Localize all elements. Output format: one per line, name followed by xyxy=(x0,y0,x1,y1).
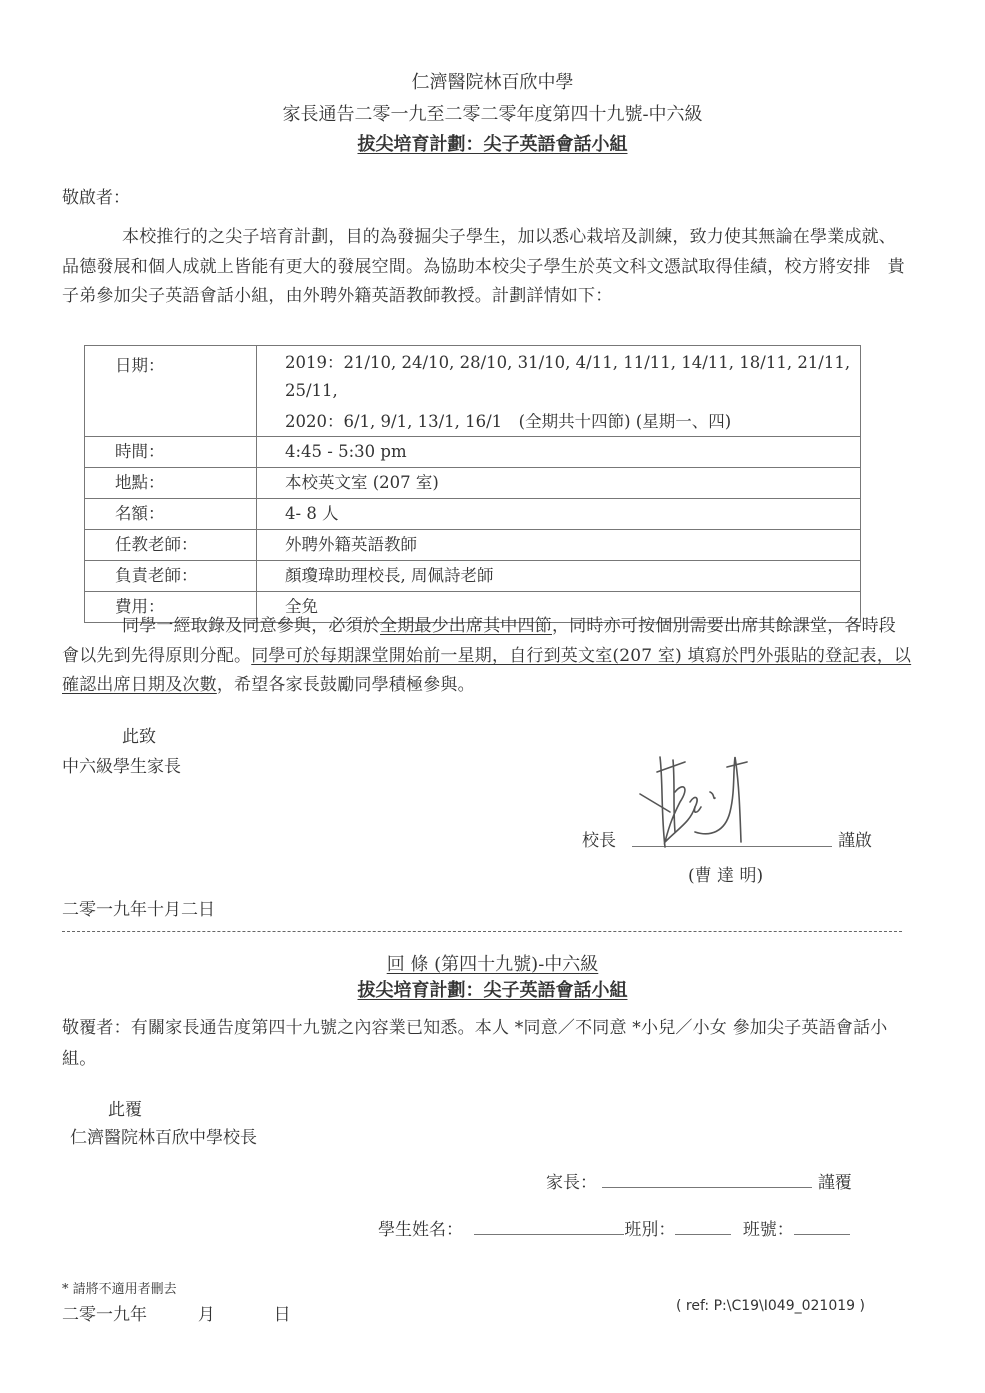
table-label: 日期： xyxy=(85,346,257,437)
intro-paragraph-text: 本校推行的之尖子培育計劃，目的為發掘尖子學生，加以悉心栽培及訓練，致力使其無論在… xyxy=(62,227,905,306)
reference-code: ( ref: P:\C19\I049_021019 ) xyxy=(676,1298,865,1314)
table-value: 4- 8 人 xyxy=(257,499,861,530)
table-label: 任教老師： xyxy=(85,530,257,561)
student-name-label: 學生姓名： xyxy=(378,1220,463,1240)
reply-closing-line-1: 此覆 xyxy=(108,1095,142,1120)
table-label: 時間： xyxy=(85,437,257,468)
reply-date-year: 二零一九年 xyxy=(62,1305,147,1325)
reply-closing-recipient: 仁濟醫院林百欣中學校長 xyxy=(70,1123,257,1148)
principal-name: (曹 達 明) xyxy=(688,861,763,886)
tear-off-line xyxy=(62,931,902,932)
details-table: 日期： 2019：21/10, 24/10, 28/10, 31/10, 4/1… xyxy=(84,345,861,623)
table-row-quota: 名額： 4- 8 人 xyxy=(85,499,861,530)
parent-field: 家長： 謹覆 xyxy=(546,1168,852,1193)
reply-slip-title-text: 拔尖培育計劃：尖子英語會話小組 xyxy=(358,980,628,1001)
reply-slip-title: 拔尖培育計劃：尖子英語會話小組 xyxy=(0,976,985,1002)
page-title-text: 拔尖培育計劃：尖子英語會話小組 xyxy=(358,134,628,155)
parent-label: 家長： xyxy=(546,1173,597,1193)
table-row-teacher-in-charge: 負責老師： 顏瓊瑋助理校長, 周佩詩老師 xyxy=(85,561,861,592)
reply-slip-heading: 回 條 (第四十九號)-中六級 xyxy=(0,950,985,976)
parent-signoff: 謹覆 xyxy=(818,1173,852,1193)
table-row-time: 時間： 4:45 - 5:30 pm xyxy=(85,437,861,468)
student-info-fields: 學生姓名： 班別： 班號： xyxy=(378,1215,850,1240)
footnote: * 請將不適用者刪去 xyxy=(62,1278,177,1297)
class-number-label: 班號： xyxy=(743,1220,794,1240)
signature-icon xyxy=(635,752,785,852)
principal-label: 校長 xyxy=(582,826,616,851)
intro-paragraph: 本校推行的之尖子培育計劃，目的為發掘尖子學生，加以悉心栽培及訓練，致力使其無論在… xyxy=(62,223,912,312)
table-label: 地點： xyxy=(85,468,257,499)
class-input[interactable] xyxy=(675,1220,731,1235)
reply-date: 二零一九年 月 日 xyxy=(62,1300,291,1325)
date-line-2019: 2019：21/10, 24/10, 28/10, 31/10, 4/11, 1… xyxy=(285,346,860,405)
principal-signoff: 謹啟 xyxy=(838,826,872,851)
closing-recipient: 中六級學生家長 xyxy=(62,752,181,777)
reply-date-month: 月 xyxy=(198,1305,215,1325)
parent-signature-input[interactable] xyxy=(602,1173,812,1188)
table-row-instructor: 任教老師： 外聘外籍英語教師 xyxy=(85,530,861,561)
reply-slip-heading-text: 回 條 (第四十九號)-中六級 xyxy=(387,954,599,975)
student-name-input[interactable] xyxy=(474,1220,624,1235)
table-row-date: 日期： 2019：21/10, 24/10, 28/10, 31/10, 4/1… xyxy=(85,346,861,437)
table-row-venue: 地點： 本校英文室 (207 室) xyxy=(85,468,861,499)
date-line-2020: 2020：6/1, 9/1, 13/1, 16/1 (全期共十四節) (星期一、… xyxy=(285,405,860,436)
table-value: 4:45 - 5:30 pm xyxy=(257,437,861,468)
class-label: 班別： xyxy=(624,1220,675,1240)
reply-slip-body: 敬覆者：有關家長通告度第四十九號之內容業已知悉。本人 *同意／不同意 *小兒／小… xyxy=(62,1013,912,1075)
table-label: 負責老師： xyxy=(85,561,257,592)
attendance-requirement: 全期最少出席其中四節 xyxy=(380,616,552,636)
table-value: 本校英文室 (207 室) xyxy=(257,468,861,499)
table-value: 外聘外籍英語教師 xyxy=(257,530,861,561)
closing-line-1: 此致 xyxy=(122,722,156,747)
table-value: 2019：21/10, 24/10, 28/10, 31/10, 4/11, 1… xyxy=(257,346,861,437)
reply-date-day: 日 xyxy=(274,1305,291,1325)
notice-reference: 家長通告二零一九至二零二零年度第四十九號-中六級 xyxy=(0,100,985,126)
class-number-input[interactable] xyxy=(794,1220,850,1235)
table-value: 顏瓊瑋助理校長, 周佩詩老師 xyxy=(257,561,861,592)
notice-date: 二零一九年十月二日 xyxy=(62,895,215,920)
attendance-paragraph: 同學一經取錄及同意參與，必須於全期最少出席其中四節，同時亦可按個別需要出席其餘課… xyxy=(62,612,912,701)
page-title: 拔尖培育計劃：尖子英語會話小組 xyxy=(0,130,985,156)
attendance-text-1: 同學一經取錄及同意參與，必須於 xyxy=(122,616,380,636)
table-label: 名額： xyxy=(85,499,257,530)
salutation: 敬啟者： xyxy=(62,183,130,208)
attendance-text-5: ，希望各家長鼓勵同學積極參與。 xyxy=(217,675,475,695)
school-name: 仁濟醫院林百欣中學 xyxy=(0,68,985,94)
